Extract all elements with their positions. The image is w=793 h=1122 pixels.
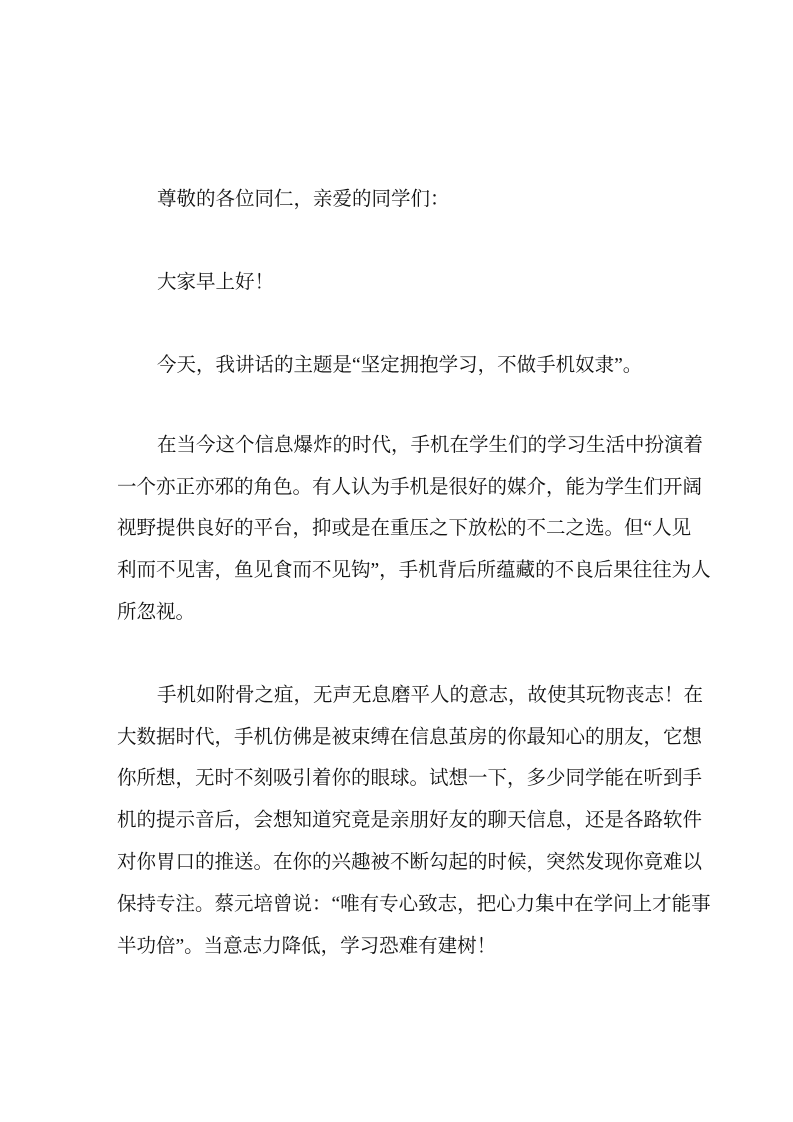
paragraph-line: 保持专注。蔡元培曾说：“唯有专心致志，把心力集中在学问上才能事 — [117, 892, 677, 918]
document-page: 尊敬的各位同仁，亲爱的同学们： 大家早上好！ 今天，我讲话的主题是“坚定拥抱学习… — [0, 0, 793, 1122]
paragraph-line: 半功倍”。当意志力降低，学习恐难有建树！ — [117, 934, 496, 960]
salutation-line: 尊敬的各位同仁，亲爱的同学们： — [157, 187, 450, 213]
paragraph-line: 手机如附骨之疽，无声无息磨平人的意志，故使其玩物丧志！在 — [157, 683, 677, 709]
paragraph-line: 你所想，无时不刻吸引着你的眼球。试想一下，多少同学能在听到手 — [117, 766, 677, 792]
paragraph-line: 视野提供良好的平台，抑或是在重压之下放松的不二之选。但“人见 — [117, 516, 677, 542]
paragraph-line: 在当今这个信息爆炸的时代，手机在学生们的学习生活中扮演着 — [157, 433, 677, 459]
paragraph-line: 机的提示音后，会想知道究竟是亲朋好友的聊天信息，还是各路软件 — [117, 808, 677, 834]
topic-line: 今天，我讲话的主题是“坚定拥抱学习，不做手机奴隶”。 — [157, 353, 642, 379]
paragraph-line: 所忽视。 — [117, 600, 195, 626]
paragraph-line: 大数据时代，手机仿佛是被束缚在信息茧房的你最知心的朋友，它想 — [117, 725, 677, 751]
greeting-line: 大家早上好！ — [157, 270, 274, 296]
paragraph-line: 对你胃口的推送。在你的兴趣被不断勾起的时候，突然发现你竟难以 — [117, 850, 677, 876]
paragraph-line: 一个亦正亦邪的角色。有人认为手机是很好的媒介，能为学生们开阔 — [117, 475, 677, 501]
paragraph-line: 利而不见害，鱼见食而不见钩”，手机背后所蕴藏的不良后果往往为人 — [117, 558, 677, 584]
